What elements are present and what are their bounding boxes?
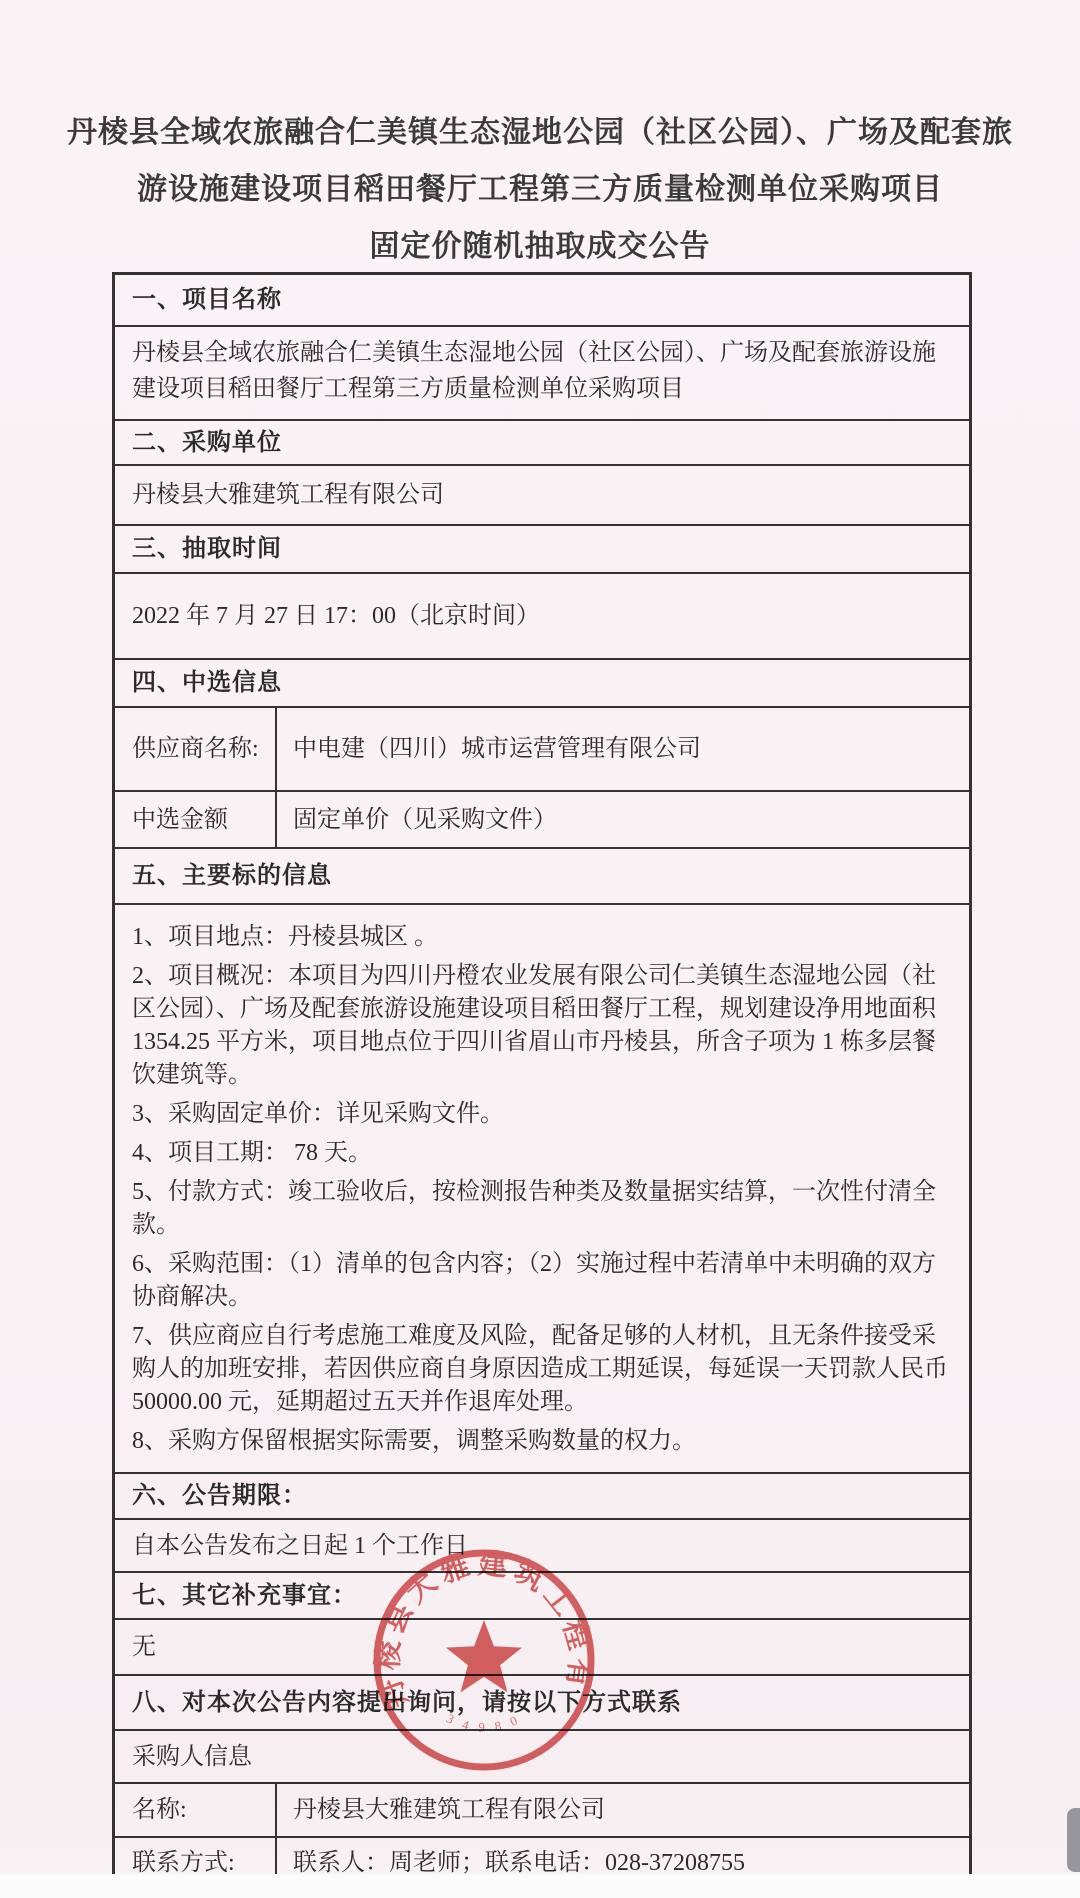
supplier-name-row: 供应商名称: 中电建（四川）城市运营管理有限公司 (115, 706, 969, 790)
page-bottom-strip (0, 1874, 1080, 1898)
title-line-3: 固定价随机抽取成交公告 (40, 218, 1040, 275)
section-8-header: 八、对本次公告内容提出询问，请按以下方式联系 (115, 1674, 969, 1729)
section-4-header: 四、中选信息 (115, 658, 969, 706)
supplier-name-label: 供应商名称: (115, 708, 277, 790)
subject-item-6: 6、采购范围：（1）清单的包含内容；（2）实施过程中若清单中未明确的双方协商解决… (132, 1248, 952, 1314)
notice-period-cell: 自本公告发布之日起 1 个工作日 (115, 1518, 969, 1571)
award-amount-value: 固定单价（见采购文件） (277, 792, 969, 847)
award-amount-label: 中选金额 (115, 792, 277, 847)
subject-info-cell: 1、项目地点：丹棱县城区 。 2、项目概况：本项目为四川丹橙农业发展有限公司仁美… (115, 903, 969, 1472)
subject-item-3: 3、采购固定单价：详见采购文件。 (132, 1098, 952, 1131)
section-3-header: 三、抽取时间 (115, 524, 969, 572)
scrollbar-thumb[interactable] (1067, 1808, 1080, 1872)
title-line-2: 游设施建设项目稻田餐厅工程第三方质量检测单位采购项目 (40, 161, 1040, 218)
purchaser-info-cell: 采购人信息 (115, 1729, 969, 1782)
supplier-name-value: 中电建（四川）城市运营管理有限公司 (277, 708, 969, 790)
subject-item-5: 5、付款方式：竣工验收后，按检测报告种类及数量据实结算，一次性付清全款。 (132, 1176, 952, 1242)
subject-item-7: 7、供应商应自行考虑施工难度及风险，配备足够的人材机，且无条件接受采购人的加班安… (132, 1320, 952, 1419)
draw-time-cell: 2022 年 7 月 27 日 17：00（北京时间） (115, 572, 969, 658)
title-line-1: 丹棱县全域农旅融合仁美镇生态湿地公园（社区公园）、广场及配套旅 (40, 104, 1040, 161)
supplement-cell: 无 (115, 1618, 969, 1674)
project-name-cell: 丹棱县全域农旅融合仁美镇生态湿地公园（社区公园）、广场及配套旅游设施建设项目稻田… (115, 325, 969, 419)
contact-name-label: 名称: (115, 1784, 277, 1836)
section-2-header: 二、采购单位 (115, 419, 969, 464)
section-7-header: 七、其它补充事宜： (115, 1571, 969, 1618)
section-1-header: 一、项目名称 (115, 275, 969, 325)
subject-item-2: 2、项目概况：本项目为四川丹橙农业发展有限公司仁美镇生态湿地公园（社区公园）、广… (132, 960, 952, 1092)
document-title: 丹棱县全域农旅融合仁美镇生态湿地公园（社区公园）、广场及配套旅 游设施建设项目稻… (40, 104, 1040, 275)
section-6-header: 六、公告期限： (115, 1472, 969, 1518)
award-amount-row: 中选金额 固定单价（见采购文件） (115, 790, 969, 847)
page: { "title": { "line1": "丹棱县全域农旅融合仁美镇生态湿地公… (0, 0, 1080, 1898)
contact-name-value: 丹棱县大雅建筑工程有限公司 (277, 1784, 969, 1836)
announcement-table: 一、项目名称 丹棱县全域农旅融合仁美镇生态湿地公园（社区公园）、广场及配套旅游设… (112, 272, 972, 1890)
subject-item-8: 8、采购方保留根据实际需要，调整采购数量的权力。 (132, 1425, 952, 1458)
contact-name-row: 名称: 丹棱县大雅建筑工程有限公司 (115, 1782, 969, 1836)
purchaser-cell: 丹棱县大雅建筑工程有限公司 (115, 464, 969, 524)
section-5-header: 五、主要标的信息 (115, 847, 969, 903)
subject-item-4: 4、项目工期： 78 天。 (132, 1137, 952, 1170)
subject-item-1: 1、项目地点：丹棱县城区 。 (132, 921, 952, 954)
